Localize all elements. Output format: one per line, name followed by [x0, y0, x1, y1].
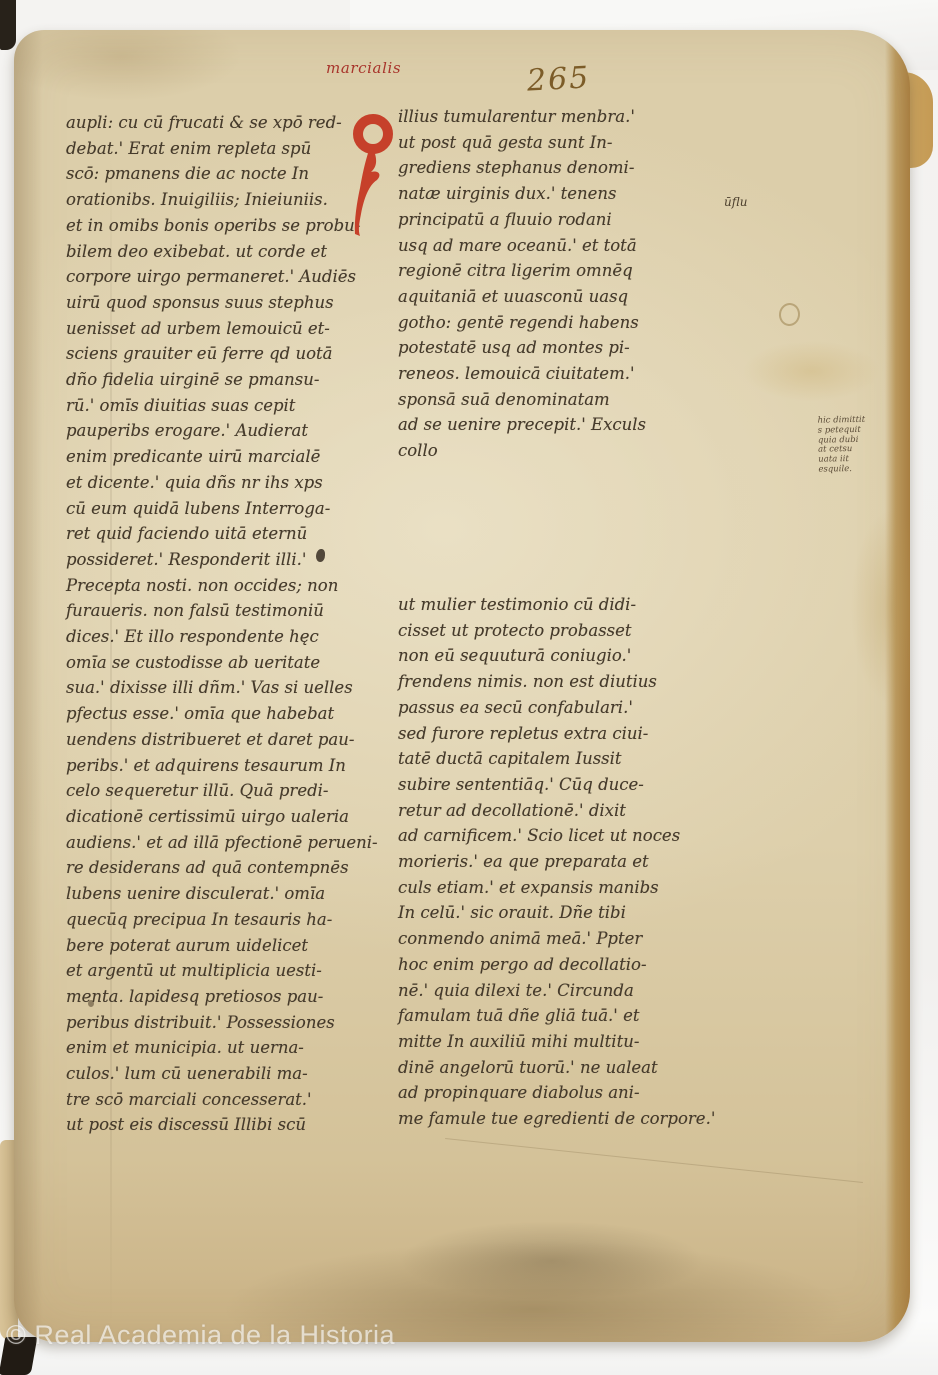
text-line: culs etiam.' et expansis manibs	[398, 875, 718, 901]
text-line: scō: pmanens die ac nocte In	[66, 161, 374, 187]
text-line: quecūq precipua In tesauris ha-	[66, 907, 374, 933]
text-line: conmendo animā meā.' Ppter	[398, 926, 718, 952]
initial-q-icon	[349, 112, 395, 244]
text-line: ad carnificem.' Scio licet ut noces	[398, 823, 718, 849]
text-line: et dicente.' quia dñs nr ihs xps	[66, 470, 374, 496]
text-line: culos.' lum cū uenerabili ma-	[66, 1061, 374, 1087]
text-line: ut mulier testimonio cū didi-	[398, 592, 718, 618]
text-line: aquitaniā et uuasconū uasq	[398, 284, 710, 310]
text-line: et argentū ut multiplicia uesti-	[66, 958, 374, 984]
text-line: enim predicante uirū marcialē	[66, 444, 374, 470]
text-column-left: aupli: cu cū frucati & se xpō red-debat.…	[66, 110, 374, 1138]
text-line: mitte In auxiliū mihi multitu-	[398, 1029, 718, 1055]
text-line: lubens uenire disculerat.' omīa	[66, 881, 374, 907]
text-line: ad propinquare diabolus ani-	[398, 1080, 718, 1106]
text-line: principatū a fluuio rodani	[398, 207, 710, 233]
margin-note: hic dimittits petequitquia dubiat cetsuu…	[817, 415, 888, 475]
text-line: Precepta nosti. non occides; non	[66, 573, 374, 599]
text-line: subire sententiāq.' Cūq duce-	[398, 772, 718, 798]
text-line: omīa se custodisse ab ueritate	[66, 650, 374, 676]
text-line: sed furore repletus extra ciui-	[398, 721, 718, 747]
text-line: dices.' Et illo respondente hęc	[66, 624, 374, 650]
text-line: usq ad mare oceanū.' et totā	[398, 233, 710, 259]
parchment-scratch	[445, 1138, 863, 1183]
text-line: peribs.' et adquirens tesaurum In	[66, 753, 374, 779]
text-line: morieris.' ea que preparata et	[398, 849, 718, 875]
text-line: uenisset ad urbem lemouicū et-	[66, 316, 374, 342]
text-line: audiens.' et ad illā pfectionē perueni-	[66, 830, 374, 856]
text-line: uendens distribueret et daret pau-	[66, 727, 374, 753]
text-line: celo sequeretur illū. Quā predi-	[66, 778, 374, 804]
text-line: dicationē certissimū uirgo ualeria	[66, 804, 374, 830]
illuminated-initial-q: Q	[349, 112, 395, 244]
margin-gloss: ūflu	[724, 195, 747, 209]
text-line: bilem deo exibebat. ut corde et	[66, 239, 374, 265]
text-line: cisset ut protecto probasset	[398, 618, 718, 644]
text-line: orationibs. Inuigiliis; Inieiuniis.	[66, 187, 374, 213]
text-line: furaueris. non falsū testimoniū	[66, 598, 374, 624]
text-line: passus ea secū confabulari.'	[398, 695, 718, 721]
text-line: potestatē usq ad montes pi-	[398, 335, 710, 361]
text-line: dinē angelorū tuorū.' ne ualeat	[398, 1055, 718, 1081]
text-line: regionē citra ligerim omnēq	[398, 258, 710, 284]
text-column-right-upper: illius tumularentur menbra.'ut post quā …	[398, 104, 710, 464]
text-line: natæ uirginis dux.' tenens	[398, 181, 710, 207]
text-line: possideret.' Responderit illi.'	[66, 547, 374, 573]
text-line: sciens grauiter eū ferre qd uotā	[66, 341, 374, 367]
text-line: rū.' omīs diuitias suas cepit	[66, 393, 374, 419]
text-line: illius tumularentur menbra.'	[398, 104, 710, 130]
text-line: tre scō marciali concesserat.'	[66, 1087, 374, 1113]
text-line: hoc enim pergo ad decollatio-	[398, 952, 718, 978]
text-line: me famule tue egredienti de corpore.'	[398, 1106, 718, 1132]
text-line: pauperibs erogare.' Audierat	[66, 418, 374, 444]
text-line: debat.' Erat enim repleta spū	[66, 136, 374, 162]
text-line: famulam tuā dñe gliā tuā.' et	[398, 1003, 718, 1029]
text-line: ad se uenire precepit.' Exculs	[398, 412, 710, 438]
text-line: reneos. lemouicā ciuitatem.'	[398, 361, 710, 387]
text-line: pfectus esse.' omīa que habebat	[66, 701, 374, 727]
folio-number: 265	[526, 60, 591, 98]
text-line: In celū.' sic orauit. Dñe tibi	[398, 900, 718, 926]
text-line: collo	[398, 438, 710, 464]
text-line: frendens nimis. non est diutius	[398, 669, 718, 695]
text-line: bere poterat aurum uidelicet	[66, 933, 374, 959]
text-line: corpore uirgo permaneret.' Audiēs	[66, 264, 374, 290]
text-line: sponsā suā denominatam	[398, 387, 710, 413]
text-line: ret quid faciendo uitā eternū	[66, 521, 374, 547]
copyright-watermark: © Real Academia de la Historia	[6, 1320, 395, 1351]
text-line: grediens stephanus denomi-	[398, 155, 710, 181]
text-line: ut post eis discessū Illibi scū	[66, 1112, 374, 1138]
text-line: re desiderans ad quā contempnēs	[66, 855, 374, 881]
text-line: ut post quā gesta sunt In-	[398, 130, 710, 156]
manuscript-photo: marcialis 265 aupli: cu cū frucati & se …	[0, 0, 938, 1375]
text-line: tatē ductā capitalem Iussit	[398, 746, 718, 772]
margin-note-line: esquile.	[818, 464, 888, 475]
text-line: non eū sequuturā coniugio.'	[398, 643, 718, 669]
text-line: enim et municipia. ut uerna-	[66, 1035, 374, 1061]
text-line: menta. lapidesq pretiosos pau-	[66, 984, 374, 1010]
text-line: cū eum quidā lubens Interroga-	[66, 496, 374, 522]
text-line: dño fidelia uirginē se pmansu-	[66, 367, 374, 393]
text-line: uirū quod sponsus suus stephus	[66, 290, 374, 316]
running-title-rubric: marcialis	[326, 59, 401, 77]
text-line: nē.' quia dilexi te.' Circunda	[398, 978, 718, 1004]
text-line: gotho: gentē regendi habens	[398, 310, 710, 336]
text-line: retur ad decollationē.' dixit	[398, 798, 718, 824]
text-column-right-lower: ut mulier testimonio cū didi-cisset ut p…	[398, 592, 718, 1132]
text-line: sua.' dixisse illi dñm.' Vas si uelles	[66, 675, 374, 701]
binding-shadow-top-left	[0, 0, 16, 50]
text-line: aupli: cu cū frucati & se xpō red-	[66, 110, 374, 136]
text-line: peribus distribuit.' Possessiones	[66, 1010, 374, 1036]
text-line: et in omibs bonis operibs se probu-	[66, 213, 374, 239]
